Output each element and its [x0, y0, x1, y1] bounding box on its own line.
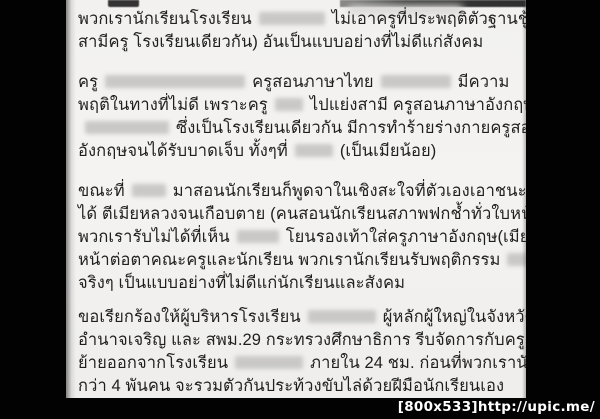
text-line: ได้ ตีเมียหลวงจนเกือบตาย (คนสอนนักเรียนส… [78, 203, 524, 226]
redacted-name-blur [381, 75, 451, 88]
redacted-name-blur [235, 356, 303, 369]
watermark-url: [800x533]http://upic.me/ [398, 397, 595, 419]
text-segment: มีความ [458, 73, 510, 91]
text-segment: ขอเรียกร้องให้ผู้บริหารโรงเรียน [78, 308, 301, 326]
paragraph: ขณะที่มาสอนนักเรียนก็พูดจาในเชิงสะใจที่ต… [78, 180, 524, 295]
text-segment: สามีครู โรงเรียนเดียวกัน) อันเป็นแบบอย่า… [78, 33, 483, 51]
text-line: สามีครู โรงเรียนเดียวกัน) อันเป็นแบบอย่า… [78, 31, 524, 54]
text-line: อังกฤษจนได้รับบาดเจ็บ ทั้งๆที่(เป็นเมียน… [78, 140, 524, 163]
text-segment: จริงๆ เป็นแบบอย่างที่ไม่ดีแก่นักเรียนและ… [78, 274, 405, 292]
text-line: ครูครูสอนภาษาไทยมีความ [78, 71, 524, 94]
image-viewer-background: พวกเรานักเรียนโรงเรียนไม่เอาครูที่ประพฤต… [0, 0, 600, 419]
text-segment: ขณะที่ [78, 182, 125, 200]
text-segment: หน้าต่อตาคณะครูและนักเรียน พวกเรานักเรีย… [78, 251, 500, 269]
text-segment: (เป็นเมียน้อย) [340, 142, 437, 160]
redacted-name-blur [85, 121, 169, 134]
document-photo: พวกเรานักเรียนโรงเรียนไม่เอาครูที่ประพฤต… [66, 0, 526, 398]
text-segment: ไปแย่งสามี ครูสอนภาษาอังกฤษ โรงเรียน [310, 96, 526, 114]
text-line: ย้ายออกจากโรงเรียนภายใน 24 ชม. ก่อนที่พว… [78, 352, 524, 375]
text-line: พฤติในทางที่ไม่ดี เพราะครูไปแย่งสามี ครู… [78, 94, 524, 117]
text-segment: มาสอนนักเรียนก็พูดจาในเชิงสะใจที่ตัวเองเ… [173, 182, 526, 200]
redacted-name-blur [105, 75, 245, 88]
text-segment: ผู้หลักผู้ใหญ่ในจังหวัด [383, 308, 526, 326]
redacted-name-blur [237, 230, 279, 243]
text-line: พวกเรานักเรียนโรงเรียนไม่เอาครูที่ประพฤต… [78, 8, 524, 31]
text-line: ซึ่งเป็นโรงเรียนเดียวกัน มีการทำร้ายร่าง… [78, 117, 524, 140]
text-line: พวกเรารับไม่ได้ที่เห็นโยนรองเท้าใส่ครูภา… [78, 226, 524, 249]
top-edge-fragment [108, 0, 139, 7]
text-segment: ครู [78, 73, 98, 91]
text-segment: ซึ่งเป็นโรงเรียนเดียวกัน มีการทำร้ายร่าง… [176, 119, 526, 137]
text-line: กว่า 4 พันคน จะรวมตัวกันประท้วงขับไล่ด้ว… [78, 375, 524, 398]
text-segment: พวกเรานักเรียนโรงเรียน [78, 10, 252, 28]
text-segment: ครูสอนภาษาไทย [252, 73, 374, 91]
text-line: ขณะที่มาสอนนักเรียนก็พูดจาในเชิงสะใจที่ต… [78, 180, 524, 203]
text-segment: พวกเรารับไม่ได้ที่เห็น [78, 228, 230, 246]
paragraph: ครูครูสอนภาษาไทยมีความพฤติในทางที่ไม่ดี … [78, 71, 524, 163]
text-segment: ได้ ตีเมียหลวงจนเกือบตาย (คนสอนนักเรียนส… [78, 205, 526, 223]
text-segment: ย้ายออกจากโรงเรียน [78, 354, 228, 372]
text-segment: อังกฤษจนได้รับบาดเจ็บ ทั้งๆที่ [78, 142, 288, 160]
redacted-name-blur [507, 253, 526, 266]
redacted-name-blur [295, 144, 333, 157]
redacted-name-blur [308, 310, 376, 323]
text-line: ขอเรียกร้องให้ผู้บริหารโรงเรียนผู้หลักผู… [78, 306, 524, 329]
text-line: อำนาจเจริญ และ สพม.29 กระทรวงศึกษาธิการ … [78, 329, 524, 352]
text-line: หน้าต่อตาคณะครูและนักเรียน พวกเรานักเรีย… [78, 249, 524, 272]
redacted-name-blur [259, 12, 325, 25]
text-segment: กว่า 4 พันคน จะรวมตัวกันประท้วงขับไล่ด้ว… [78, 377, 504, 395]
text-segment: โยนรองเท้าใส่ครูภาษาอังกฤษ(เมียหลวง) ต่อ [286, 228, 526, 246]
text-segment: ไม่เอาครูที่ประพฤติตัวฐานชู้สาว (แย่ง [332, 10, 526, 28]
text-segment: อำนาจเจริญ และ สพม.29 กระทรวงศึกษาธิการ … [78, 331, 526, 349]
petition-text: พวกเรานักเรียนโรงเรียนไม่เอาครูที่ประพฤต… [78, 8, 524, 398]
redacted-name-blur [275, 98, 303, 111]
paragraph: ขอเรียกร้องให้ผู้บริหารโรงเรียนผู้หลักผู… [78, 306, 524, 398]
text-segment: ภายใน 24 ชม. ก่อนที่พวกเรานักเรียน [310, 354, 526, 372]
paragraph: พวกเรานักเรียนโรงเรียนไม่เอาครูที่ประพฤต… [78, 8, 524, 54]
text-line: จริงๆ เป็นแบบอย่างที่ไม่ดีแก่นักเรียนและ… [78, 272, 524, 295]
redacted-name-blur [132, 184, 166, 197]
text-segment: พฤติในทางที่ไม่ดี เพราะครู [78, 96, 268, 114]
